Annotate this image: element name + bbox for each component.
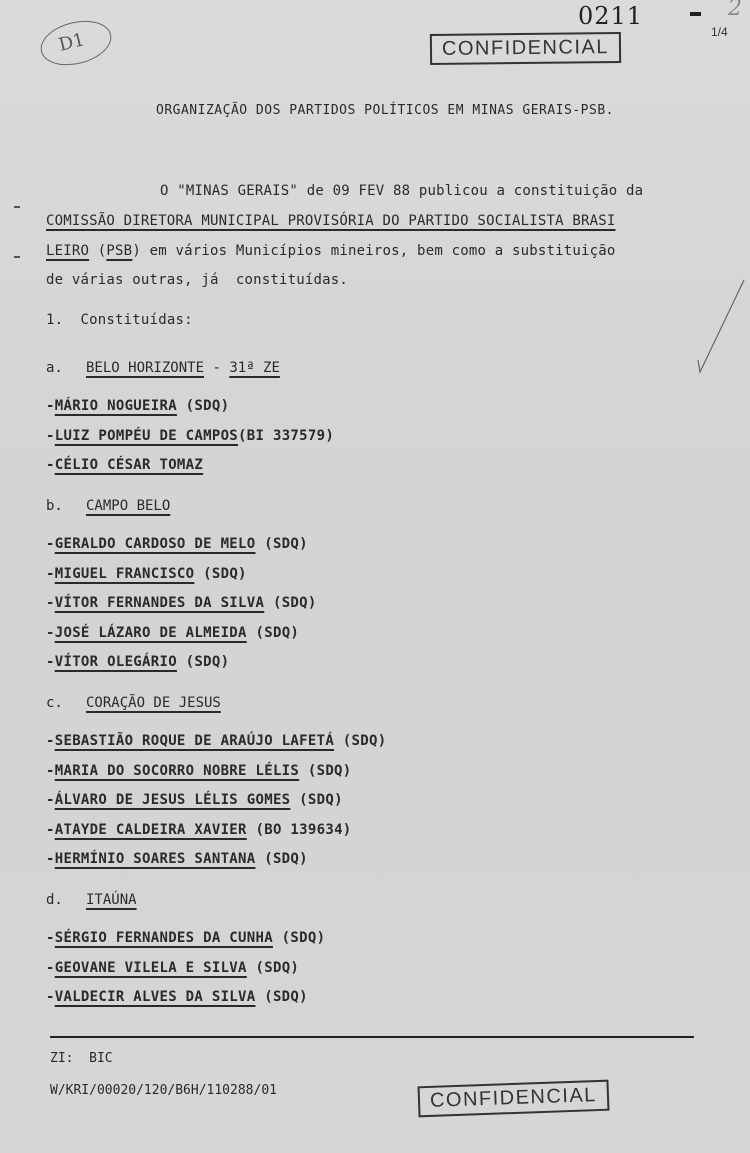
handwritten-check-mark [0,0,750,1153]
margin-mark [14,206,20,208]
document-page: D1 0211 2 1/4 CONFIDENCIAL ORGANIZAÇÃO D… [0,0,750,1153]
margin-mark [14,256,20,258]
